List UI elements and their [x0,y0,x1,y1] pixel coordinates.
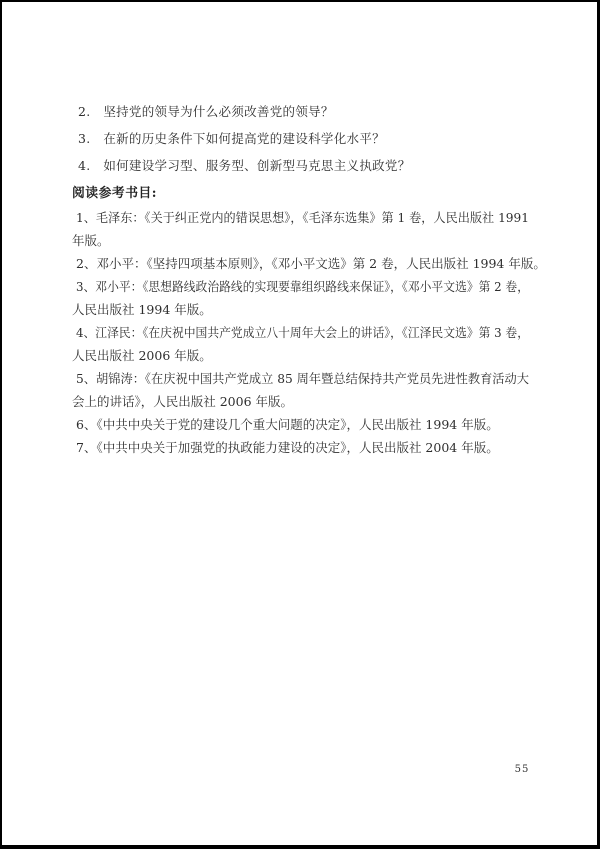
bibliography-item-continuation: 年版。 [72,229,529,252]
question-item: 4. 如何建设学习型、服务型、创新型马克思主义执政党？ [78,152,537,179]
bibliography-list: 1、毛泽东：《关于纠正党内的错误思想》，《毛泽东选集》第 1 卷，人民出版社 1… [72,206,529,459]
bibliography-item-continuation: 人民出版社 1994 年版。 [72,298,529,321]
bibliography-item-line: 3、邓小平：《思想路线政治路线的实现要靠组织路线来保证》，《邓小平文选》第 2 … [72,275,529,298]
bibliography-heading: 阅读参考书目: [72,180,157,207]
book-page: 2. 坚持党的领导为什么必须改善党的领导？3. 在新的历史条件下如何提高党的建设… [0,0,600,849]
bibliography-item-line: 5、胡锦涛：《在庆祝中国共产党成立 85 周年暨总结保持共产党员先进性教育活动大 [72,367,529,390]
bibliography-item-continuation: 会上的讲话》，人民出版社 2006 年版。 [72,390,529,413]
question-item: 2. 坚持党的领导为什么必须改善党的领导？ [78,98,537,125]
question-item: 3. 在新的历史条件下如何提高党的建设科学化水平？ [78,125,537,152]
bibliography-item-line: 7、《中共中央关于加强党的执政能力建设的决定》，人民出版社 2004 年版。 [72,436,529,459]
bibliography-item-line: 6、《中共中央关于党的建设几个重大问题的决定》，人民出版社 1994 年版。 [72,413,529,436]
page-number: 55 [507,763,537,777]
bibliography-item-line: 4、江泽民：《在庆祝中国共产党成立八十周年大会上的讲话》，《江泽民文选》第 3 … [72,321,529,344]
bibliography-item-line: 2、邓小平：《坚持四项基本原则》，《邓小平文选》第 2 卷，人民出版社 1994… [72,252,529,275]
bibliography-item-continuation: 人民出版社 2006 年版。 [72,344,529,367]
questions-list: 2. 坚持党的领导为什么必须改善党的领导？3. 在新的历史条件下如何提高党的建设… [78,98,537,179]
bibliography-item-line: 1、毛泽东：《关于纠正党内的错误思想》，《毛泽东选集》第 1 卷，人民出版社 1… [72,206,529,229]
